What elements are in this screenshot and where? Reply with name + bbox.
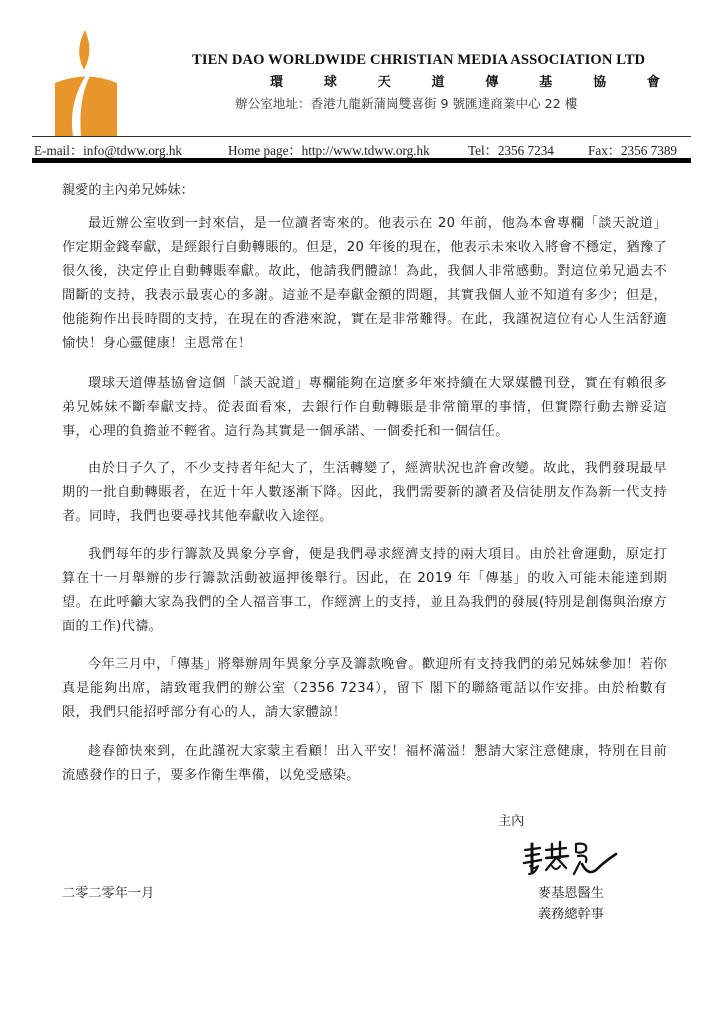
contact-tel: Tel：2356 7234 xyxy=(468,140,554,159)
closing-phrase: 主內 xyxy=(498,810,524,829)
header-divider-thin xyxy=(32,136,691,137)
contact-email: E-mail：info@tdww.org.hk xyxy=(34,140,182,159)
paragraph-2: 環球天道傳基協會這個「談天說道」專欄能夠在這麼多年來持續在大眾媒體刊登，實在有賴… xyxy=(62,372,667,444)
org-name-char: 環 xyxy=(270,71,283,90)
signer-name: 麥基恩醫生 xyxy=(538,882,604,901)
org-name-chinese: 環 球 天 道 傳 基 協 會 xyxy=(270,71,660,90)
org-name-char: 會 xyxy=(647,71,660,90)
org-name-char: 基 xyxy=(539,71,552,90)
paragraph-1: 最近辦公室收到一封來信，是一位讀者寄來的。他表示在 20 年前，他為本會專欄「談… xyxy=(62,212,667,356)
contact-fax: Fax：2356 7389 xyxy=(588,140,677,159)
org-name-char: 道 xyxy=(432,71,445,90)
header-divider-thick xyxy=(32,158,691,163)
org-name-english: TIEN DAO WORLDWIDE CHRISTIAN MEDIA ASSOC… xyxy=(192,52,692,69)
salutation: 親愛的主內弟兄姊妹： xyxy=(62,179,194,198)
letter-date: 二零二零年一月 xyxy=(62,882,154,901)
org-name-char: 球 xyxy=(324,71,337,90)
org-name-char: 傳 xyxy=(485,71,498,90)
candle-logo-icon xyxy=(55,30,117,136)
signer-title: 義務總幹事 xyxy=(538,903,604,922)
org-name-char: 天 xyxy=(378,71,391,90)
office-address: 辦公室地址：香港九龍新蒲崗雙喜街 9 號匯達商業中心 22 樓 xyxy=(235,93,577,112)
contact-row: E-mail：info@tdww.org.hk Home page：http:/… xyxy=(32,140,692,158)
paragraph-3: 由於日子久了，不少支持者年紀大了，生活轉變了，經濟狀況也許會改變。故此，我們發現… xyxy=(62,457,667,529)
contact-homepage: Home page：http://www.tdww.org.hk xyxy=(228,140,430,159)
paragraph-5: 今年三月中，「傳基」將舉辦周年異象分享及籌款晚會。歡迎所有支持我們的弟兄姊妹參加… xyxy=(62,653,667,725)
paragraph-4: 我們每年的步行籌款及異象分享會，便是我們尋求經濟支持的兩大項目。由於社會運動，原… xyxy=(62,543,667,639)
org-name-char: 協 xyxy=(593,71,606,90)
paragraph-6: 趁春節快來到，在此謹祝大家蒙主看顧！出入平安！福杯滿溢！懇請大家注意健康，特別在… xyxy=(62,740,667,788)
letter-page: TIEN DAO WORLDWIDE CHRISTIAN MEDIA ASSOC… xyxy=(0,0,724,1024)
signature-icon xyxy=(522,836,618,880)
